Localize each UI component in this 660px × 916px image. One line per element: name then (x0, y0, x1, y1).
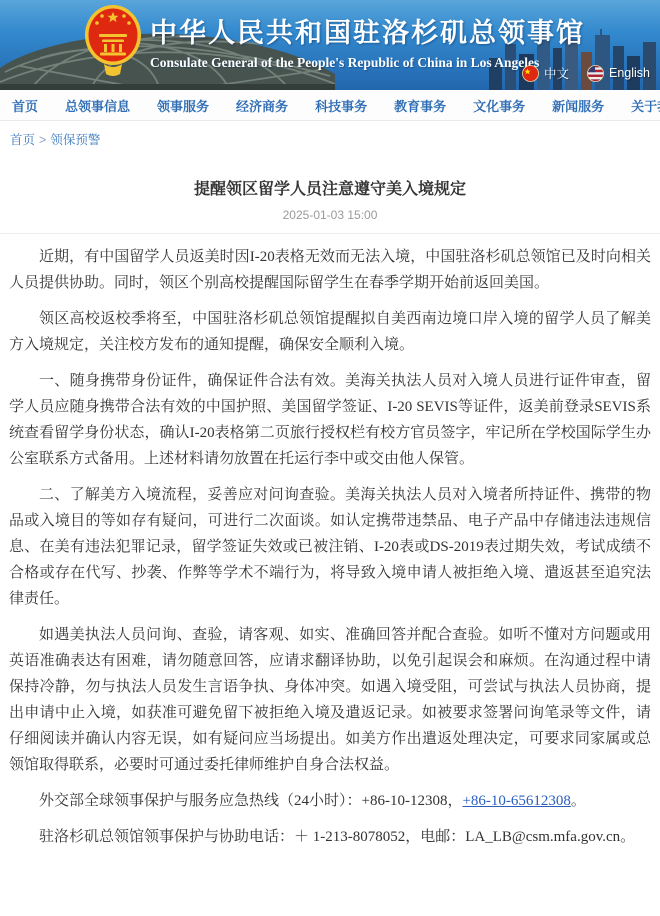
breadcrumb-separator: > (39, 133, 46, 147)
paragraph-hotline: 外交部全球领事保护与服务应急热线（24小时）：+86-10-12308，+86-… (9, 788, 651, 814)
nav-item-consular-services[interactable]: 领事服务 (157, 96, 209, 115)
article: 提醒领区留学人员注意遵守美入境规定 2025-01-03 15:00 近期，有中… (0, 176, 660, 850)
paragraph-reminder: 领区高校返校季将至，中国驻洛杉矶总领馆提醒拟自美西南边境口岸入境的留学人员了解美… (9, 306, 651, 358)
site-header: 中华人民共和国驻洛杉矶总领事馆 Consulate General of the… (0, 0, 660, 90)
paragraph-consulate-contact: 驻洛杉矶总领馆领事保护与协助电话：＋ 1-213-8078052，电邮：LA_L… (9, 824, 651, 850)
language-switcher: 中文 English (522, 64, 650, 82)
article-title: 提醒领区留学人员注意遵守美入境规定 (10, 176, 650, 199)
breadcrumb-current[interactable]: 领保预警 (50, 133, 100, 147)
hotline-suffix: 。 (571, 793, 586, 809)
paragraph-intro: 近期，有中国留学人员返美时因I-20表格无效而无法入境，中国驻洛杉矶总领馆已及时… (9, 244, 651, 296)
lang-chinese-label: 中文 (544, 64, 569, 82)
main-nav: 首页 总领事信息 领事服务 经济商务 科技事务 教育事务 文化事务 新闻服务 关… (0, 90, 660, 121)
lang-english-link[interactable]: English (587, 65, 650, 82)
paragraph-inspection-advice: 如遇美执法人员问询、查验，请客观、如实、准确回答并配合查验。如听不懂对方问题或用… (9, 622, 651, 778)
us-flag-icon (587, 65, 604, 82)
nav-item-science-tech[interactable]: 科技事务 (315, 96, 367, 115)
nav-item-home[interactable]: 首页 (12, 96, 38, 115)
hotline-phone-link[interactable]: +86-10-65612308 (462, 793, 570, 809)
breadcrumb-home[interactable]: 首页 (10, 133, 35, 147)
hotline-text: 外交部全球领事保护与服务应急热线（24小时）：+86-10-12308， (39, 793, 462, 809)
nav-item-culture[interactable]: 文化事务 (473, 96, 525, 115)
nav-item-about-us[interactable]: 关于我们 (631, 96, 660, 115)
national-emblem-icon (84, 4, 142, 78)
article-date: 2025-01-03 15:00 (0, 208, 660, 222)
lang-chinese-link[interactable]: 中文 (522, 64, 569, 82)
lang-english-label: English (609, 66, 650, 80)
nav-item-education[interactable]: 教育事务 (394, 96, 446, 115)
breadcrumb: 首页>领保预警 (0, 121, 660, 150)
article-divider (0, 233, 660, 234)
site-title-chinese: 中华人民共和国驻洛杉矶总领事馆 (150, 11, 585, 50)
nav-item-consul-general-info[interactable]: 总领事信息 (65, 96, 130, 115)
nav-item-economic-commercial[interactable]: 经济商务 (236, 96, 288, 115)
china-flag-icon (522, 65, 539, 82)
site-title-english: Consulate General of the People's Republ… (150, 55, 585, 71)
paragraph-point-one: 一、随身携带身份证件，确保证件合法有效。美海关执法人员对入境人员进行证件审查，留… (9, 368, 651, 472)
paragraph-point-two: 二、了解美方入境流程，妥善应对问询查验。美海关执法人员对入境者所持证件、携带的物… (9, 482, 651, 612)
nav-item-news[interactable]: 新闻服务 (552, 96, 604, 115)
article-body: 近期，有中国留学人员返美时因I-20表格无效而无法入境，中国驻洛杉矶总领馆已及时… (0, 244, 660, 850)
site-titles: 中华人民共和国驻洛杉矶总领事馆 Consulate General of the… (150, 11, 585, 71)
